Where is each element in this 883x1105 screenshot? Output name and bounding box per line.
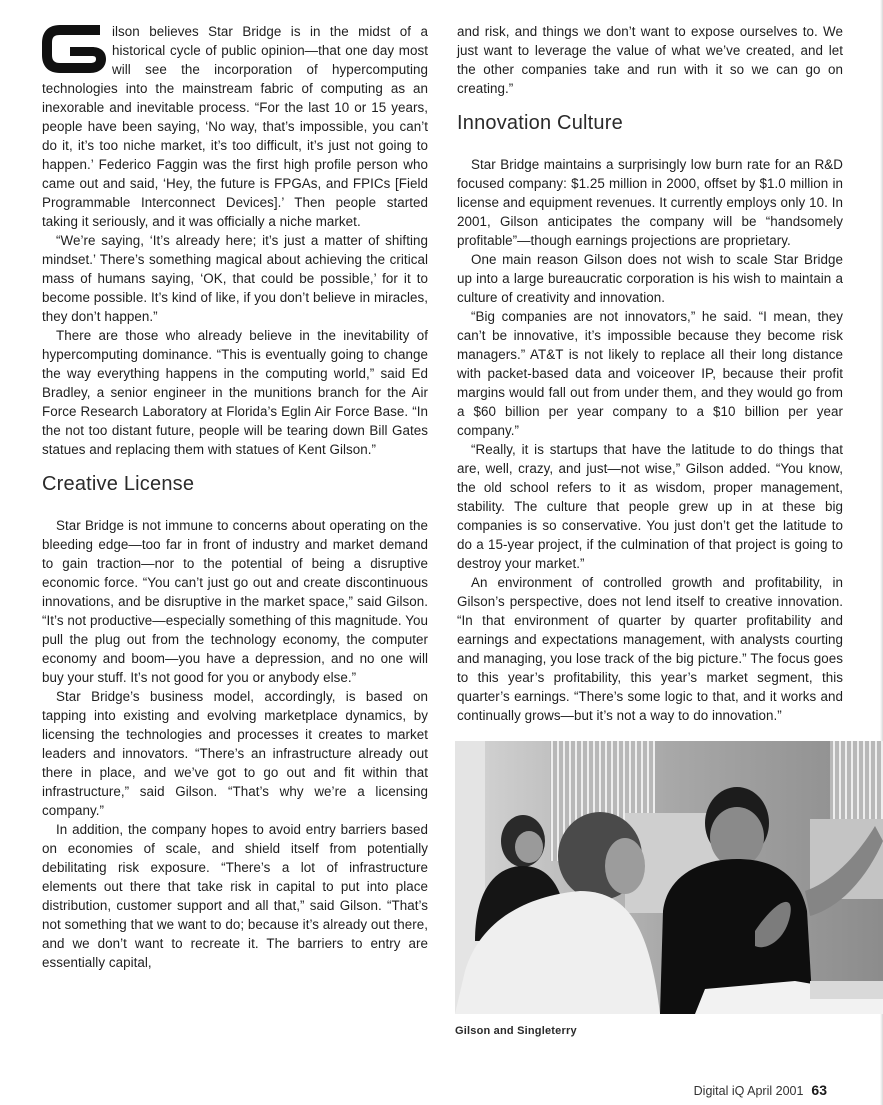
paragraph: An environment of controlled growth and … xyxy=(457,573,843,725)
paragraph: Star Bridge’s business model, accordingl… xyxy=(42,687,428,820)
publication-name: Digital iQ April 2001 xyxy=(694,1084,804,1098)
page-number: 63 xyxy=(811,1082,827,1098)
page-footer: Digital iQ April 200163 xyxy=(694,1082,827,1098)
paragraph: There are those who already believe in t… xyxy=(42,326,428,459)
paragraph: “Really, it is startups that have the la… xyxy=(457,440,843,573)
left-column: ilson believes Star Bridge is in the mid… xyxy=(42,0,428,972)
photo-caption: Gilson and Singleterry xyxy=(455,1025,577,1037)
section-heading-creative-license: Creative License xyxy=(42,473,428,496)
section-heading-innovation-culture: Innovation Culture xyxy=(457,112,843,135)
paragraph: One main reason Gilson does not wish to … xyxy=(457,250,843,307)
paragraph: “Big companies are not innovators,” he s… xyxy=(457,307,843,440)
paragraph: and risk, and things we don’t want to ex… xyxy=(457,22,843,98)
paragraph: Star Bridge maintains a surprisingly low… xyxy=(457,155,843,250)
paragraph: In addition, the company hopes to avoid … xyxy=(42,820,428,972)
dropcap-g-icon xyxy=(42,25,106,73)
photo-gilson-and-singleterry xyxy=(455,741,883,1014)
right-column: and risk, and things we don’t want to ex… xyxy=(457,0,843,725)
paragraph: “We’re saying, ‘It’s already here; it’s … xyxy=(42,231,428,326)
paragraph: Star Bridge is not immune to concerns ab… xyxy=(42,516,428,687)
